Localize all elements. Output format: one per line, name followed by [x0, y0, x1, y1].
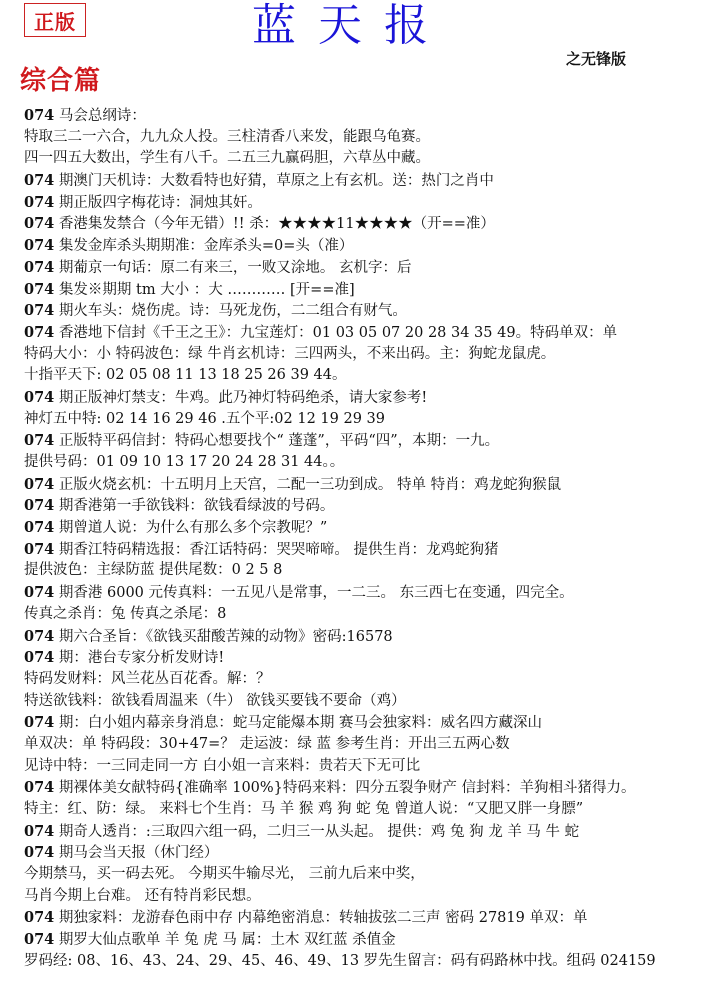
line-text: 特码大小：小 特码波色：绿 牛肖玄机诗：三四两头，不来出码。主：狗蛇龙鼠虎。 [24, 346, 555, 362]
line-text: 马肖今期上台难。 还有特肖彩民想。 [24, 888, 261, 904]
issue-number: 074 [24, 259, 54, 276]
text-line: 提供波色：主绿防蓝 提供尾数：0 2 5 8 [24, 560, 714, 582]
edition-label: 之无锋版 [566, 48, 626, 69]
text-line: 传真之杀肖：兔 传真之杀尾：8 [24, 604, 714, 626]
issue-number: 074 [24, 302, 54, 319]
issue-number: 074 [24, 628, 54, 645]
issue-number: 074 [24, 476, 54, 493]
line-text: 神灯五中特: 02 14 16 29 46 .五个平:02 12 19 29 3… [24, 411, 385, 427]
issue-number: 074 [24, 714, 54, 731]
line-text: 罗码经: 08、16、43、24、29、45、46、49、13 罗先生留言：码有… [24, 953, 656, 969]
text-line: 074 期香港 6000 元传真料：一五见八是常事，一二三。 东三西七在变通，四… [24, 582, 714, 604]
issue-number: 074 [24, 432, 54, 449]
text-line: 074 香港地下信封《千王之王》：九宝莲灯：01 03 05 07 20 28 … [24, 322, 714, 344]
text-line: 074 期：白小姐内幕亲身消息：蛇马定能爆本期 赛马会独家料：威名四方藏深山 [24, 712, 714, 734]
text-line: 今期禁马，买一码去死。 今期买牛输尽光， 三前九后来中奖， [24, 864, 714, 886]
text-line: 074 期奇人透肖：:三取四六组一码，二归三一从头起。 提供：鸡 兔 狗 龙 羊… [24, 821, 714, 843]
text-line: 074 正版特平码信封：特码心想要找个“ 蓬蓬”，平码“四”，本期：一九。 [24, 430, 714, 452]
content-body: 074 马会总纲诗：特取三二一六合，九九众人投。三柱清香八来发，能跟乌龟赛。四一… [24, 105, 714, 973]
line-text: 香港地下信封《千王之王》：九宝莲灯：01 03 05 07 20 28 34 3… [54, 325, 617, 341]
line-text: 正版特平码信封：特码心想要找个“ 蓬蓬”，平码“四”，本期：一九。 [54, 433, 499, 449]
text-line: 074 期葡京一句话：原二有来三，一败又涂地。 玄机字：后 [24, 257, 714, 279]
text-line: 074 期香江特码精选报：香江话特码：哭哭啼啼。 提供生肖：龙鸡蛇狗猪 [24, 539, 714, 561]
line-text: 期：白小姐内幕亲身消息：蛇马定能爆本期 赛马会独家料：威名四方藏深山 [54, 715, 542, 731]
text-line: 特主：红、防：绿。 来料七个生肖：马 羊 猴 鸡 狗 蛇 兔 曾道人说：“又肥又… [24, 799, 714, 821]
text-line: 074 集发金库杀头期期准：金库杀头=0=头（准） [24, 235, 714, 257]
text-line: 神灯五中特: 02 14 16 29 46 .五个平:02 12 19 29 3… [24, 409, 714, 431]
line-text: 期香港第一手欲钱料：欲钱看绿波的号码。 [54, 498, 334, 514]
text-line: 074 马会总纲诗： [24, 105, 714, 127]
line-text: 期正版四字梅花诗：洞烛其奸。 [54, 195, 262, 211]
issue-number: 074 [24, 909, 54, 926]
text-line: 提供号码：01 09 10 13 17 20 24 28 31 44。。 [24, 452, 714, 474]
issue-number: 074 [24, 649, 54, 666]
text-line: 074 期澳门天机诗：大数看特也好猜，草原之上有玄机。送：热门之肖中 [24, 170, 714, 192]
text-line: 单双决：单 特码段：30+47=？ 走运波：绿 蓝 参考生肖：开出三五两心数 [24, 734, 714, 756]
line-text: 期裸体美女献特码{准确率 100%}特码来料：四分五裂争财产 信封料：羊狗相斗猪… [54, 780, 635, 796]
issue-number: 074 [24, 931, 54, 948]
line-text: 期罗大仙点歌单 羊 兔 虎 马 属：土木 双红蓝 杀值金 [54, 932, 395, 948]
text-line: 见诗中特：一三同走同一方 白小姐一言来料：贵若天下无可比 [24, 756, 714, 778]
text-line: 特取三二一六合，九九众人投。三柱清香八来发，能跟乌龟赛。 [24, 127, 714, 149]
text-line: 074 期独家料：龙游春色雨中存 内幕绝密消息：转轴拔弦二三声 密码 27819… [24, 907, 714, 929]
line-text: 期曾道人说：为什么有那么多个宗教呢？” [54, 520, 327, 536]
issue-number: 074 [24, 497, 54, 514]
text-line: 074 期罗大仙点歌单 羊 兔 虎 马 属：土木 双红蓝 杀值金 [24, 929, 714, 951]
text-line: 074 期火车头：烧伤虎。诗：马死龙伤，二二组合有财气。 [24, 300, 714, 322]
authentic-badge: 正版 [24, 3, 86, 37]
issue-number: 074 [24, 584, 54, 601]
line-text: 集发金库杀头期期准：金库杀头=0=头（准） [54, 238, 353, 254]
issue-number: 074 [24, 324, 54, 341]
text-line: 074 期曾道人说：为什么有那么多个宗教呢？” [24, 517, 714, 539]
line-text: 期正版神灯禁支：牛鸡。此乃神灯特码绝杀，请大家参考! [54, 390, 427, 406]
line-text: 今期禁马，买一码去死。 今期买牛输尽光， 三前九后来中奖， [24, 866, 425, 882]
section-title: 综合篇 [20, 60, 101, 97]
issue-number: 074 [24, 844, 54, 861]
line-text: 单双决：单 特码段：30+47=？ 走运波：绿 蓝 参考生肖：开出三五两心数 [24, 736, 510, 752]
line-text: 十指平天下: 02 05 08 11 13 18 25 26 39 44。 [24, 367, 346, 383]
line-text: 特取三二一六合，九九众人投。三柱清香八来发，能跟乌龟赛。 [24, 129, 430, 145]
line-text: 期：港台专家分析发财诗! [54, 650, 224, 666]
text-line: 特码大小：小 特码波色：绿 牛肖玄机诗：三四两头，不来出码。主：狗蛇龙鼠虎。 [24, 344, 714, 366]
text-line: 074 集发※期期 tm 大小 ：大 ………… [开==准] [24, 279, 714, 301]
issue-number: 074 [24, 823, 54, 840]
text-line: 四一四五大数出，学生有八千。二五三九赢码胆，六草丛中藏。 [24, 148, 714, 170]
line-text: 期葡京一句话：原二有来三，一败又涂地。 玄机字：后 [54, 260, 411, 276]
line-text: 提供号码：01 09 10 13 17 20 24 28 31 44。。 [24, 454, 344, 470]
line-text: 集发※期期 tm 大小 ：大 ………… [开==准] [54, 282, 354, 298]
issue-number: 074 [24, 107, 54, 124]
line-text: 期香江特码精选报：香江话特码：哭哭啼啼。 提供生肖：龙鸡蛇狗猪 [54, 542, 498, 558]
line-text: 期火车头：烧伤虎。诗：马死龙伤，二二组合有财气。 [54, 303, 407, 319]
text-line: 074 正版火烧玄机：十五明月上天宫，二配一三功到成。 特单 特肖：鸡龙蛇狗猴鼠 [24, 474, 714, 496]
line-text: 见诗中特：一三同走同一方 白小姐一言来料：贵若天下无可比 [24, 758, 420, 774]
line-text: 马会总纲诗： [54, 108, 146, 124]
line-text: 特主：红、防：绿。 来料七个生肖：马 羊 猴 鸡 狗 蛇 兔 曾道人说：“又肥又… [24, 801, 583, 817]
text-line: 074 期香港第一手欲钱料：欲钱看绿波的号码。 [24, 495, 714, 517]
issue-number: 074 [24, 541, 54, 558]
text-line: 074 香港集发禁合（今年无错）!! 杀：★★★★11★★★★（开==准） [24, 213, 714, 235]
page-title: 蓝天报 [252, 2, 450, 50]
line-text: 期六合圣旨：《欲钱买甜酸苦辣的动物》密码:16578 [54, 629, 392, 645]
line-text: 特送欲钱料：欲钱看周温来（牛） 欲钱买要钱不要命（鸡） [24, 693, 406, 709]
issue-number: 074 [24, 172, 54, 189]
issue-number: 074 [24, 779, 54, 796]
issue-number: 074 [24, 389, 54, 406]
line-text: 香港集发禁合（今年无错）!! 杀：★★★★11★★★★（开==准） [54, 216, 495, 232]
text-line: 十指平天下: 02 05 08 11 13 18 25 26 39 44。 [24, 365, 714, 387]
line-text: 传真之杀肖：兔 传真之杀尾：8 [24, 606, 226, 622]
issue-number: 074 [24, 281, 54, 298]
line-text: 正版火烧玄机：十五明月上天宫，二配一三功到成。 特单 特肖：鸡龙蛇狗猴鼠 [54, 477, 561, 493]
issue-number: 074 [24, 519, 54, 536]
issue-number: 074 [24, 215, 54, 232]
text-line: 罗码经: 08、16、43、24、29、45、46、49、13 罗先生留言：码有… [24, 951, 714, 973]
line-text: 期奇人透肖：:三取四六组一码，二归三一从头起。 提供：鸡 兔 狗 龙 羊 马 牛… [54, 824, 579, 840]
text-line: 074 期：港台专家分析发财诗! [24, 647, 714, 669]
line-text: 期香港 6000 元传真料：一五见八是常事，一二三。 东三西七在变通，四完全。 [54, 585, 573, 601]
line-text: 期独家料：龙游春色雨中存 内幕绝密消息：转轴拔弦二三声 密码 27819 单双：… [54, 910, 587, 926]
text-line: 074 期马会当天报（休门经） [24, 842, 714, 864]
line-text: 期马会当天报（休门经） [54, 845, 218, 861]
text-line: 特码发财料：风兰花丛百花香。解：？ [24, 669, 714, 691]
text-line: 074 期正版四字梅花诗：洞烛其奸。 [24, 192, 714, 214]
issue-number: 074 [24, 194, 54, 211]
text-line: 074 期六合圣旨：《欲钱买甜酸苦辣的动物》密码:16578 [24, 626, 714, 648]
line-text: 提供波色：主绿防蓝 提供尾数：0 2 5 8 [24, 562, 282, 578]
text-line: 马肖今期上台难。 还有特肖彩民想。 [24, 886, 714, 908]
text-line: 特送欲钱料：欲钱看周温来（牛） 欲钱买要钱不要命（鸡） [24, 691, 714, 713]
line-text: 特码发财料：风兰花丛百花香。解：？ [24, 671, 271, 687]
issue-number: 074 [24, 237, 54, 254]
text-line: 074 期正版神灯禁支：牛鸡。此乃神灯特码绝杀，请大家参考! [24, 387, 714, 409]
line-text: 四一四五大数出，学生有八千。二五三九赢码胆，六草丛中藏。 [24, 150, 430, 166]
text-line: 074 期裸体美女献特码{准确率 100%}特码来料：四分五裂争财产 信封料：羊… [24, 777, 714, 799]
line-text: 期澳门天机诗：大数看特也好猜，草原之上有玄机。送：热门之肖中 [54, 173, 494, 189]
